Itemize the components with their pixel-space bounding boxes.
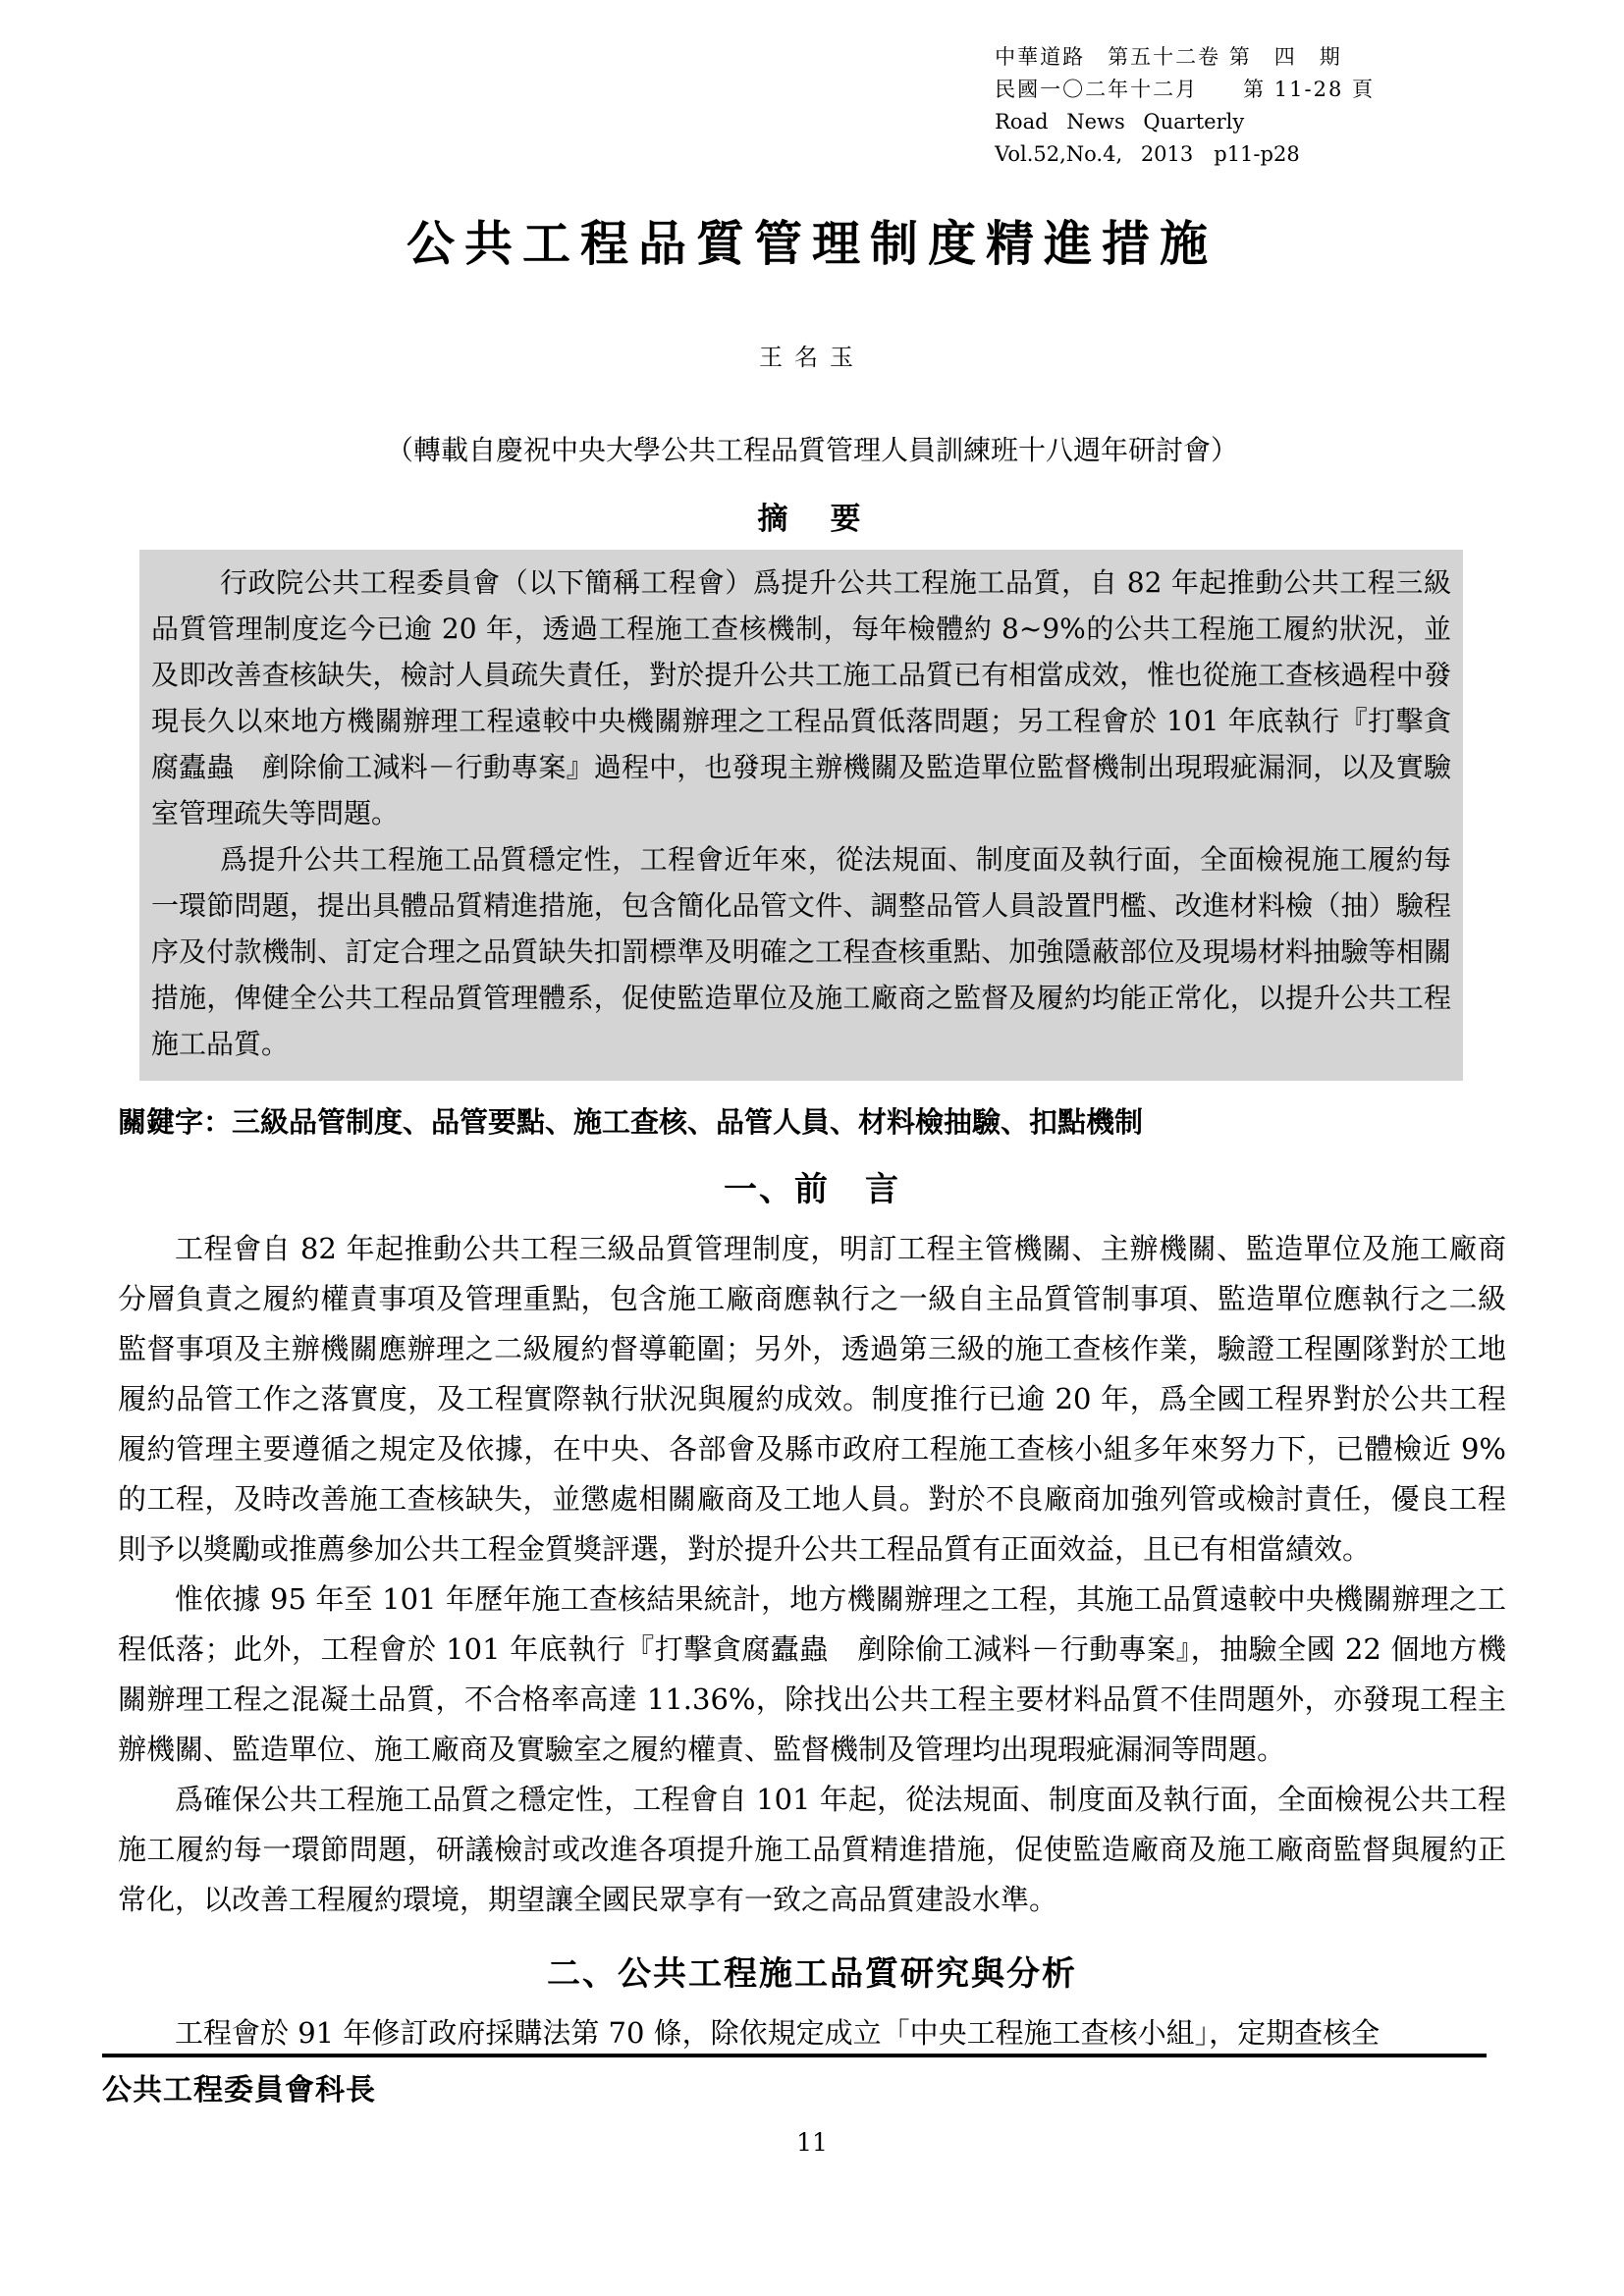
body-paragraph: 爲確保公共工程施工品質之穩定性，工程會自 101 年起，從法規面、制度面及執行面… bbox=[118, 1775, 1506, 1925]
page-content: 中華道路 第五十二卷 第 四 期 民國一〇二年十二月 第 11-28 頁 Roa… bbox=[0, 0, 1624, 2058]
footnote-divider bbox=[102, 2054, 1487, 2057]
article-title: 公共工程品質管理制度精進措施 bbox=[118, 206, 1506, 275]
journal-name-english: Road News Quarterly bbox=[995, 106, 1375, 138]
journal-date-line: 民國一〇二年十二月 第 11-28 頁 bbox=[995, 74, 1375, 106]
document-page: 中華道路 第五十二卷 第 四 期 民國一〇二年十二月 第 11-28 頁 Roa… bbox=[0, 0, 1624, 2296]
abstract-paragraph: 行政院公共工程委員會（以下簡稱工程會）爲提升公共工程施工品質，自 82 年起推動… bbox=[151, 560, 1451, 836]
abstract-box: 行政院公共工程委員會（以下簡稱工程會）爲提升公共工程施工品質，自 82 年起推動… bbox=[139, 550, 1463, 1081]
footnote-text: 公共工程委員會科長 bbox=[102, 2065, 376, 2109]
section-1-heading: 一、前 言 bbox=[118, 1162, 1506, 1210]
article-author: 王名玉 bbox=[118, 338, 1506, 372]
abstract-paragraph: 爲提升公共工程施工品質穩定性，工程會近年來，從法規面、制度面及執行面，全面檢視施… bbox=[151, 836, 1451, 1067]
abstract-heading: 摘 要 bbox=[118, 494, 1506, 538]
article-subtitle: （轉載自慶祝中央大學公共工程品質管理人員訓練班十八週年研討會） bbox=[118, 429, 1506, 468]
journal-volume-line: 中華道路 第五十二卷 第 四 期 bbox=[995, 41, 1375, 74]
body-paragraph: 工程會自 82 年起推動公共工程三級品質管理制度，明訂工程主管機關、主辦機關、監… bbox=[118, 1224, 1506, 1575]
body-paragraph: 工程會於 91 年修訂政府採購法第 70 條，除依規定成立「中央工程施工查核小組… bbox=[118, 2008, 1506, 2058]
keywords-line: 關鍵字：三級品管制度、品管要點、施工查核、品管人員、材料檢抽驗、扣點機制 bbox=[118, 1100, 1506, 1141]
section-2-heading: 二、公共工程施工品質研究與分析 bbox=[118, 1947, 1506, 1995]
body-paragraph: 惟依據 95 年至 101 年歷年施工查核結果統計，地方機關辦理之工程，其施工品… bbox=[118, 1575, 1506, 1775]
page-number: 11 bbox=[0, 2128, 1624, 2157]
journal-volume-english: Vol.52,No.4, 2013 p11-p28 bbox=[995, 138, 1375, 171]
journal-header: 中華道路 第五十二卷 第 四 期 民國一〇二年十二月 第 11-28 頁 Roa… bbox=[995, 41, 1375, 171]
